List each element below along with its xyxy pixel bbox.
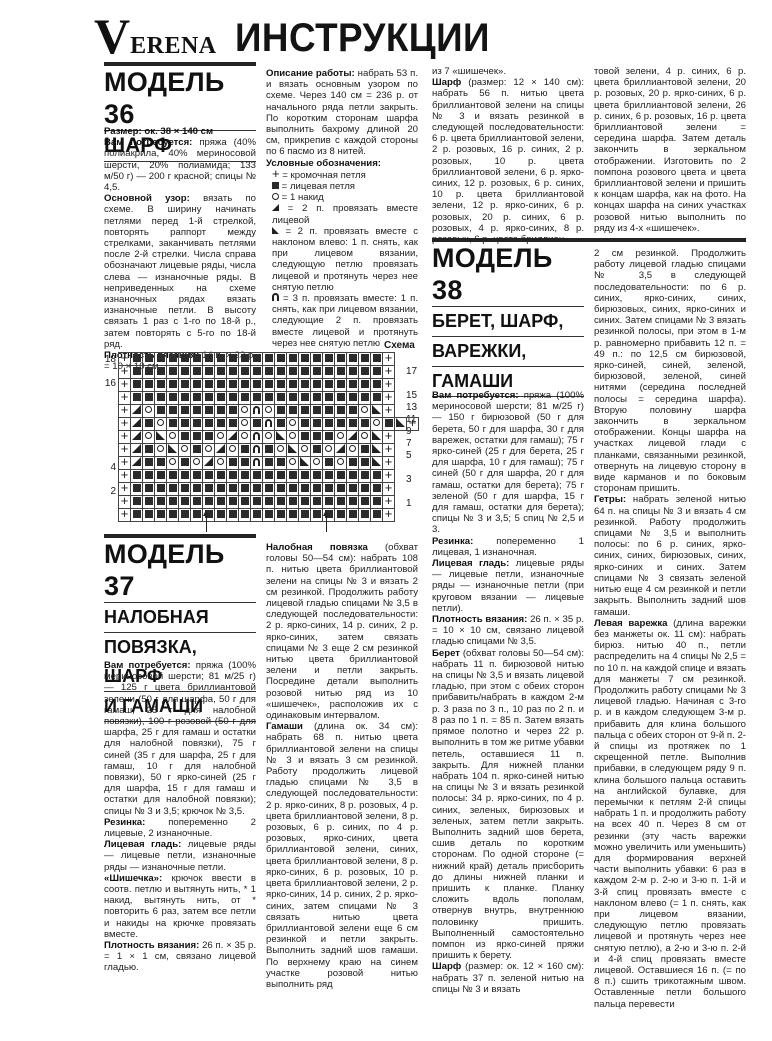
chart-cell bbox=[299, 457, 311, 470]
row-number: 4 bbox=[100, 462, 116, 473]
chart-cell bbox=[299, 353, 311, 366]
filled-square-icon bbox=[217, 484, 225, 492]
chart-cell bbox=[191, 470, 203, 483]
filled-square-icon bbox=[229, 458, 237, 466]
chart-row: ++ bbox=[119, 457, 419, 470]
chart-cell bbox=[215, 431, 227, 444]
filled-square-icon bbox=[301, 419, 309, 427]
filled-square-icon bbox=[181, 484, 189, 492]
filled-square-icon bbox=[181, 471, 189, 479]
chart-cell bbox=[143, 418, 155, 431]
chart-cell bbox=[275, 483, 287, 496]
chart-cell bbox=[251, 392, 263, 405]
model37-title: МОДЕЛЬ 37 bbox=[104, 538, 256, 602]
filled-square-icon bbox=[301, 497, 309, 505]
filled-square-icon bbox=[217, 497, 225, 505]
filled-square-icon bbox=[205, 354, 213, 362]
triangle-left-icon bbox=[276, 431, 285, 440]
filled-square-icon bbox=[313, 497, 321, 505]
filled-square-icon bbox=[217, 367, 225, 375]
filled-square-icon bbox=[373, 367, 381, 375]
chart-cell bbox=[251, 418, 263, 431]
chart-cell bbox=[359, 444, 371, 457]
filled-square-icon bbox=[205, 406, 213, 414]
filled-square-icon bbox=[133, 380, 141, 388]
filled-square-icon bbox=[157, 497, 165, 505]
chart-cell bbox=[299, 509, 311, 522]
filled-square-icon bbox=[337, 471, 345, 479]
chart-cell bbox=[263, 418, 275, 431]
chart-cell bbox=[371, 444, 383, 457]
chart-cell bbox=[347, 379, 359, 392]
circle-icon bbox=[241, 419, 248, 426]
filled-square-icon bbox=[325, 484, 333, 492]
chart-cell bbox=[251, 509, 263, 522]
chart-cell bbox=[155, 418, 167, 431]
chart-cell bbox=[371, 418, 383, 431]
filled-square-icon bbox=[289, 510, 297, 518]
filled-square-icon bbox=[349, 419, 357, 427]
legend-item: + = кромочная петля bbox=[266, 169, 418, 181]
filled-square-icon bbox=[133, 393, 141, 401]
filled-square-icon bbox=[301, 406, 309, 414]
filled-square-icon bbox=[337, 354, 345, 362]
chart-cell bbox=[167, 405, 179, 418]
filled-square-icon bbox=[289, 367, 297, 375]
chart-cell bbox=[179, 405, 191, 418]
chart-cell bbox=[179, 444, 191, 457]
legend-item: = лицевая петля bbox=[266, 181, 418, 192]
chart-cell bbox=[335, 431, 347, 444]
filled-square-icon bbox=[289, 354, 297, 362]
filled-square-icon bbox=[253, 354, 261, 362]
chart-cell bbox=[203, 457, 215, 470]
chart-cell bbox=[251, 457, 263, 470]
filled-square-icon bbox=[265, 380, 273, 388]
chart-cell bbox=[215, 366, 227, 379]
filled-square-icon bbox=[301, 484, 309, 492]
chart-cell bbox=[203, 379, 215, 392]
filled-square-icon bbox=[361, 419, 369, 427]
model38-title: МОДЕЛЬ 38 bbox=[432, 242, 584, 306]
chart-cell bbox=[167, 444, 179, 457]
filled-square-icon bbox=[289, 471, 297, 479]
chart-cell bbox=[359, 418, 371, 431]
chart-cell bbox=[347, 353, 359, 366]
filled-square-icon bbox=[169, 406, 177, 414]
chart-cell bbox=[143, 470, 155, 483]
chart-cell bbox=[371, 457, 383, 470]
chart-cell bbox=[131, 444, 143, 457]
filled-square-icon bbox=[133, 471, 141, 479]
plus-icon: + bbox=[385, 506, 393, 521]
chart-cell bbox=[131, 418, 143, 431]
filled-square-icon bbox=[337, 419, 345, 427]
chart-cell bbox=[191, 392, 203, 405]
filled-square-icon bbox=[265, 367, 273, 375]
filled-square-icon bbox=[241, 458, 249, 466]
chart-cell bbox=[191, 496, 203, 509]
chart-cell bbox=[143, 496, 155, 509]
chart-cell bbox=[167, 353, 179, 366]
filled-square-icon bbox=[361, 445, 369, 453]
chart-row: ++ bbox=[119, 509, 419, 522]
chart-cell bbox=[359, 470, 371, 483]
filled-square-icon bbox=[229, 367, 237, 375]
chart-cell bbox=[299, 366, 311, 379]
filled-square-icon bbox=[181, 354, 189, 362]
chart-row: ++ bbox=[119, 496, 419, 509]
chart-cell bbox=[347, 509, 359, 522]
filled-square-icon bbox=[325, 354, 333, 362]
chart-cell bbox=[299, 392, 311, 405]
filled-square-icon bbox=[253, 419, 261, 427]
chart-cell bbox=[311, 496, 323, 509]
triangle-right-icon bbox=[132, 457, 141, 466]
triangle-right-icon bbox=[272, 204, 279, 211]
filled-square-icon bbox=[145, 367, 153, 375]
circle-icon bbox=[289, 419, 296, 426]
filled-square-icon bbox=[217, 354, 225, 362]
filled-square-icon bbox=[181, 393, 189, 401]
chart-cell bbox=[347, 418, 359, 431]
filled-square-icon bbox=[313, 354, 321, 362]
chart-cell bbox=[287, 392, 299, 405]
circle-icon bbox=[169, 458, 176, 465]
filled-square-icon bbox=[361, 458, 369, 466]
filled-square-icon bbox=[289, 497, 297, 505]
triangle-right-icon bbox=[228, 431, 237, 440]
chart-cell bbox=[155, 379, 167, 392]
chart-cell bbox=[251, 496, 263, 509]
chart-cell bbox=[311, 431, 323, 444]
filled-square-icon bbox=[349, 354, 357, 362]
filled-square-icon bbox=[301, 471, 309, 479]
chart-cell bbox=[323, 483, 335, 496]
plus-icon: + bbox=[121, 506, 129, 521]
chart-cell bbox=[239, 483, 251, 496]
chart-cell bbox=[287, 483, 299, 496]
chart-cell bbox=[263, 509, 275, 522]
chart-cell bbox=[155, 366, 167, 379]
chart-cell bbox=[227, 470, 239, 483]
chart-cell bbox=[203, 496, 215, 509]
row-number: 16 bbox=[100, 378, 116, 389]
plus-icon: + bbox=[272, 166, 280, 181]
chart-cell bbox=[287, 353, 299, 366]
filled-square-icon bbox=[373, 471, 381, 479]
model36-col2: Описание работы: набрать 53 п. и вязать … bbox=[266, 68, 418, 349]
filled-square-icon bbox=[337, 497, 345, 505]
filled-square-icon bbox=[241, 497, 249, 505]
filled-square-icon bbox=[157, 380, 165, 388]
chart-cell bbox=[335, 392, 347, 405]
chart-row: ++ bbox=[119, 353, 419, 366]
chart-cell bbox=[215, 353, 227, 366]
chart-cell bbox=[239, 431, 251, 444]
chart-cell bbox=[347, 483, 359, 496]
filled-square-icon bbox=[241, 471, 249, 479]
circle-icon bbox=[313, 458, 320, 465]
chart-cell bbox=[263, 470, 275, 483]
filled-square-icon bbox=[181, 497, 189, 505]
circle-icon bbox=[361, 406, 368, 413]
arch-icon bbox=[265, 419, 272, 427]
filled-square-icon bbox=[301, 354, 309, 362]
filled-square-icon bbox=[373, 510, 381, 518]
filled-square-icon bbox=[313, 406, 321, 414]
model38-subtitle: БЕРЕТ, ШАРФ, bbox=[432, 306, 584, 336]
chart-cell bbox=[359, 496, 371, 509]
chart-cell bbox=[215, 483, 227, 496]
triangle-right-icon bbox=[204, 457, 213, 466]
chart-row: ++ bbox=[119, 392, 419, 405]
filled-square-icon bbox=[169, 393, 177, 401]
chart-cell bbox=[299, 379, 311, 392]
chart-cell bbox=[335, 509, 347, 522]
circle-icon bbox=[145, 432, 152, 439]
chart-cell bbox=[215, 405, 227, 418]
filled-square-icon bbox=[325, 471, 333, 479]
filled-square-icon bbox=[361, 484, 369, 492]
chart-cell bbox=[251, 366, 263, 379]
filled-square-icon bbox=[265, 393, 273, 401]
chart-cell bbox=[323, 366, 335, 379]
filled-square-icon bbox=[373, 380, 381, 388]
filled-square-icon bbox=[361, 367, 369, 375]
filled-square-icon bbox=[145, 393, 153, 401]
filled-square-icon bbox=[205, 419, 213, 427]
chart-row: ++ bbox=[119, 366, 419, 379]
filled-square-icon bbox=[193, 432, 201, 440]
chart-cell: + bbox=[383, 509, 395, 522]
chart-cell bbox=[167, 392, 179, 405]
filled-square-icon bbox=[145, 354, 153, 362]
filled-square-icon bbox=[181, 380, 189, 388]
chart-cell bbox=[191, 509, 203, 522]
chart-cell bbox=[359, 431, 371, 444]
chart-cell bbox=[275, 496, 287, 509]
chart-cell bbox=[239, 470, 251, 483]
chart-cell bbox=[335, 405, 347, 418]
chart-cell bbox=[347, 405, 359, 418]
chart-cell bbox=[251, 483, 263, 496]
filled-square-icon bbox=[373, 497, 381, 505]
chart-cell bbox=[323, 470, 335, 483]
triangle-left-icon bbox=[372, 431, 381, 440]
chart-cell bbox=[191, 405, 203, 418]
chart-cell bbox=[275, 444, 287, 457]
arch-icon bbox=[253, 445, 260, 453]
chart-cell bbox=[155, 483, 167, 496]
filled-square-icon bbox=[193, 393, 201, 401]
chart-cell bbox=[335, 418, 347, 431]
arch-icon bbox=[253, 458, 260, 466]
chart-row: ++ bbox=[119, 431, 419, 444]
chart-cell bbox=[359, 405, 371, 418]
chart-cell bbox=[311, 366, 323, 379]
triangle-right-icon bbox=[132, 444, 141, 453]
chart-cell bbox=[251, 444, 263, 457]
chart-cell bbox=[263, 457, 275, 470]
chart-cell bbox=[311, 483, 323, 496]
chart-cell bbox=[275, 392, 287, 405]
filled-square-icon bbox=[217, 471, 225, 479]
filled-square-icon bbox=[229, 406, 237, 414]
chart-cell bbox=[323, 379, 335, 392]
chart-cell bbox=[299, 444, 311, 457]
filled-square-icon bbox=[145, 497, 153, 505]
filled-square-icon bbox=[217, 510, 225, 518]
filled-square-icon bbox=[361, 393, 369, 401]
filled-square-icon bbox=[229, 497, 237, 505]
filled-square-icon bbox=[157, 393, 165, 401]
filled-square-icon bbox=[373, 393, 381, 401]
chart-cell bbox=[371, 405, 383, 418]
chart-cell bbox=[359, 392, 371, 405]
filled-square-icon bbox=[325, 380, 333, 388]
chart-cell bbox=[263, 496, 275, 509]
chart-cell bbox=[347, 444, 359, 457]
chart-cell bbox=[203, 470, 215, 483]
chart-cell bbox=[335, 483, 347, 496]
filled-square-icon bbox=[349, 393, 357, 401]
chart-cell bbox=[191, 418, 203, 431]
filled-square-icon bbox=[277, 471, 285, 479]
chart-cell bbox=[251, 431, 263, 444]
triangle-right-icon bbox=[348, 431, 357, 440]
chart-cell bbox=[323, 405, 335, 418]
filled-square-icon bbox=[301, 380, 309, 388]
chart-cell bbox=[191, 483, 203, 496]
circle-icon bbox=[361, 432, 368, 439]
chart-cell bbox=[275, 405, 287, 418]
filled-square-icon bbox=[313, 432, 321, 440]
chart-cell bbox=[155, 470, 167, 483]
circle-icon bbox=[337, 432, 344, 439]
filled-square-icon bbox=[349, 484, 357, 492]
chart-cell bbox=[191, 431, 203, 444]
filled-square-icon bbox=[277, 484, 285, 492]
filled-square-icon bbox=[253, 510, 261, 518]
chart-cell bbox=[275, 509, 287, 522]
chart-cell bbox=[335, 496, 347, 509]
filled-square-icon bbox=[193, 445, 201, 453]
filled-square-icon bbox=[193, 406, 201, 414]
filled-square-icon bbox=[169, 510, 177, 518]
triangle-right-icon bbox=[336, 444, 345, 453]
chart-cell bbox=[371, 470, 383, 483]
filled-square-icon bbox=[337, 510, 345, 518]
circle-icon bbox=[337, 458, 344, 465]
chart-cell bbox=[167, 379, 179, 392]
filled-square-icon bbox=[277, 458, 285, 466]
chart-cell bbox=[311, 353, 323, 366]
filled-square-icon bbox=[157, 471, 165, 479]
chart-cell bbox=[311, 418, 323, 431]
legend-item: = 2 п. провязать вместе с наклоном влево… bbox=[266, 226, 418, 293]
filled-square-icon bbox=[301, 432, 309, 440]
chart-cell bbox=[179, 418, 191, 431]
filled-square-icon bbox=[193, 367, 201, 375]
chart-cell bbox=[311, 405, 323, 418]
repeat-arrow-icon bbox=[206, 514, 207, 532]
chart-cell bbox=[311, 392, 323, 405]
filled-square-icon bbox=[145, 445, 153, 453]
chart-cell bbox=[143, 353, 155, 366]
filled-square-icon bbox=[265, 510, 273, 518]
chart-cell bbox=[203, 444, 215, 457]
chart-cell bbox=[263, 379, 275, 392]
chart-cell bbox=[155, 509, 167, 522]
filled-square-icon bbox=[265, 484, 273, 492]
filled-square-icon bbox=[157, 484, 165, 492]
model36-col1: Размер: ок. 38 × 140 см Вам потребуется:… bbox=[104, 126, 256, 372]
chart-cell bbox=[299, 470, 311, 483]
chart-cell bbox=[227, 496, 239, 509]
chart-cell bbox=[275, 366, 287, 379]
chart-cell bbox=[179, 353, 191, 366]
filled-square-icon bbox=[217, 406, 225, 414]
chart-cell bbox=[239, 496, 251, 509]
chart-cell bbox=[395, 418, 407, 431]
chart-cell bbox=[215, 444, 227, 457]
chart-row: ++ bbox=[119, 470, 419, 483]
chart-cell bbox=[167, 483, 179, 496]
filled-square-icon bbox=[241, 445, 249, 453]
chart-cell bbox=[227, 392, 239, 405]
filled-square-icon bbox=[385, 419, 393, 427]
chart-cell bbox=[371, 353, 383, 366]
chart-cell bbox=[167, 366, 179, 379]
circle-icon bbox=[265, 406, 272, 413]
filled-square-icon bbox=[277, 367, 285, 375]
chart-cell bbox=[215, 496, 227, 509]
model38-col3: Вам потребуется: пряжа (100% мериносовой… bbox=[432, 390, 584, 995]
chart-cell bbox=[227, 457, 239, 470]
filled-square-icon bbox=[277, 406, 285, 414]
chart-cell bbox=[335, 379, 347, 392]
chart-cell bbox=[143, 483, 155, 496]
triangle-left-icon bbox=[272, 227, 279, 234]
chart-cell bbox=[143, 444, 155, 457]
filled-square-icon bbox=[145, 484, 153, 492]
chart-cell bbox=[323, 457, 335, 470]
chart-cell bbox=[359, 366, 371, 379]
filled-square-icon bbox=[313, 419, 321, 427]
chart-cell bbox=[287, 509, 299, 522]
circle-icon bbox=[157, 445, 164, 452]
triangle-right-icon bbox=[216, 444, 225, 453]
chart-cell bbox=[299, 496, 311, 509]
chart-cell bbox=[203, 483, 215, 496]
filled-square-icon bbox=[181, 510, 189, 518]
triangle-left-icon bbox=[288, 444, 297, 453]
chart-cell bbox=[335, 353, 347, 366]
circle-icon bbox=[277, 445, 284, 452]
chart-cell bbox=[323, 418, 335, 431]
model38-header: МОДЕЛЬ 38 БЕРЕТ, ШАРФ, ВАРЕЖКИ, ГАМАШИ bbox=[432, 242, 584, 397]
filled-square-icon bbox=[157, 458, 165, 466]
chart-cell bbox=[143, 405, 155, 418]
chart-cell bbox=[275, 379, 287, 392]
chart-cell bbox=[131, 392, 143, 405]
chart-cell bbox=[311, 509, 323, 522]
triangle-left-icon bbox=[396, 418, 405, 427]
filled-square-icon bbox=[205, 380, 213, 388]
filled-square-icon bbox=[229, 471, 237, 479]
arch-icon bbox=[272, 293, 279, 301]
